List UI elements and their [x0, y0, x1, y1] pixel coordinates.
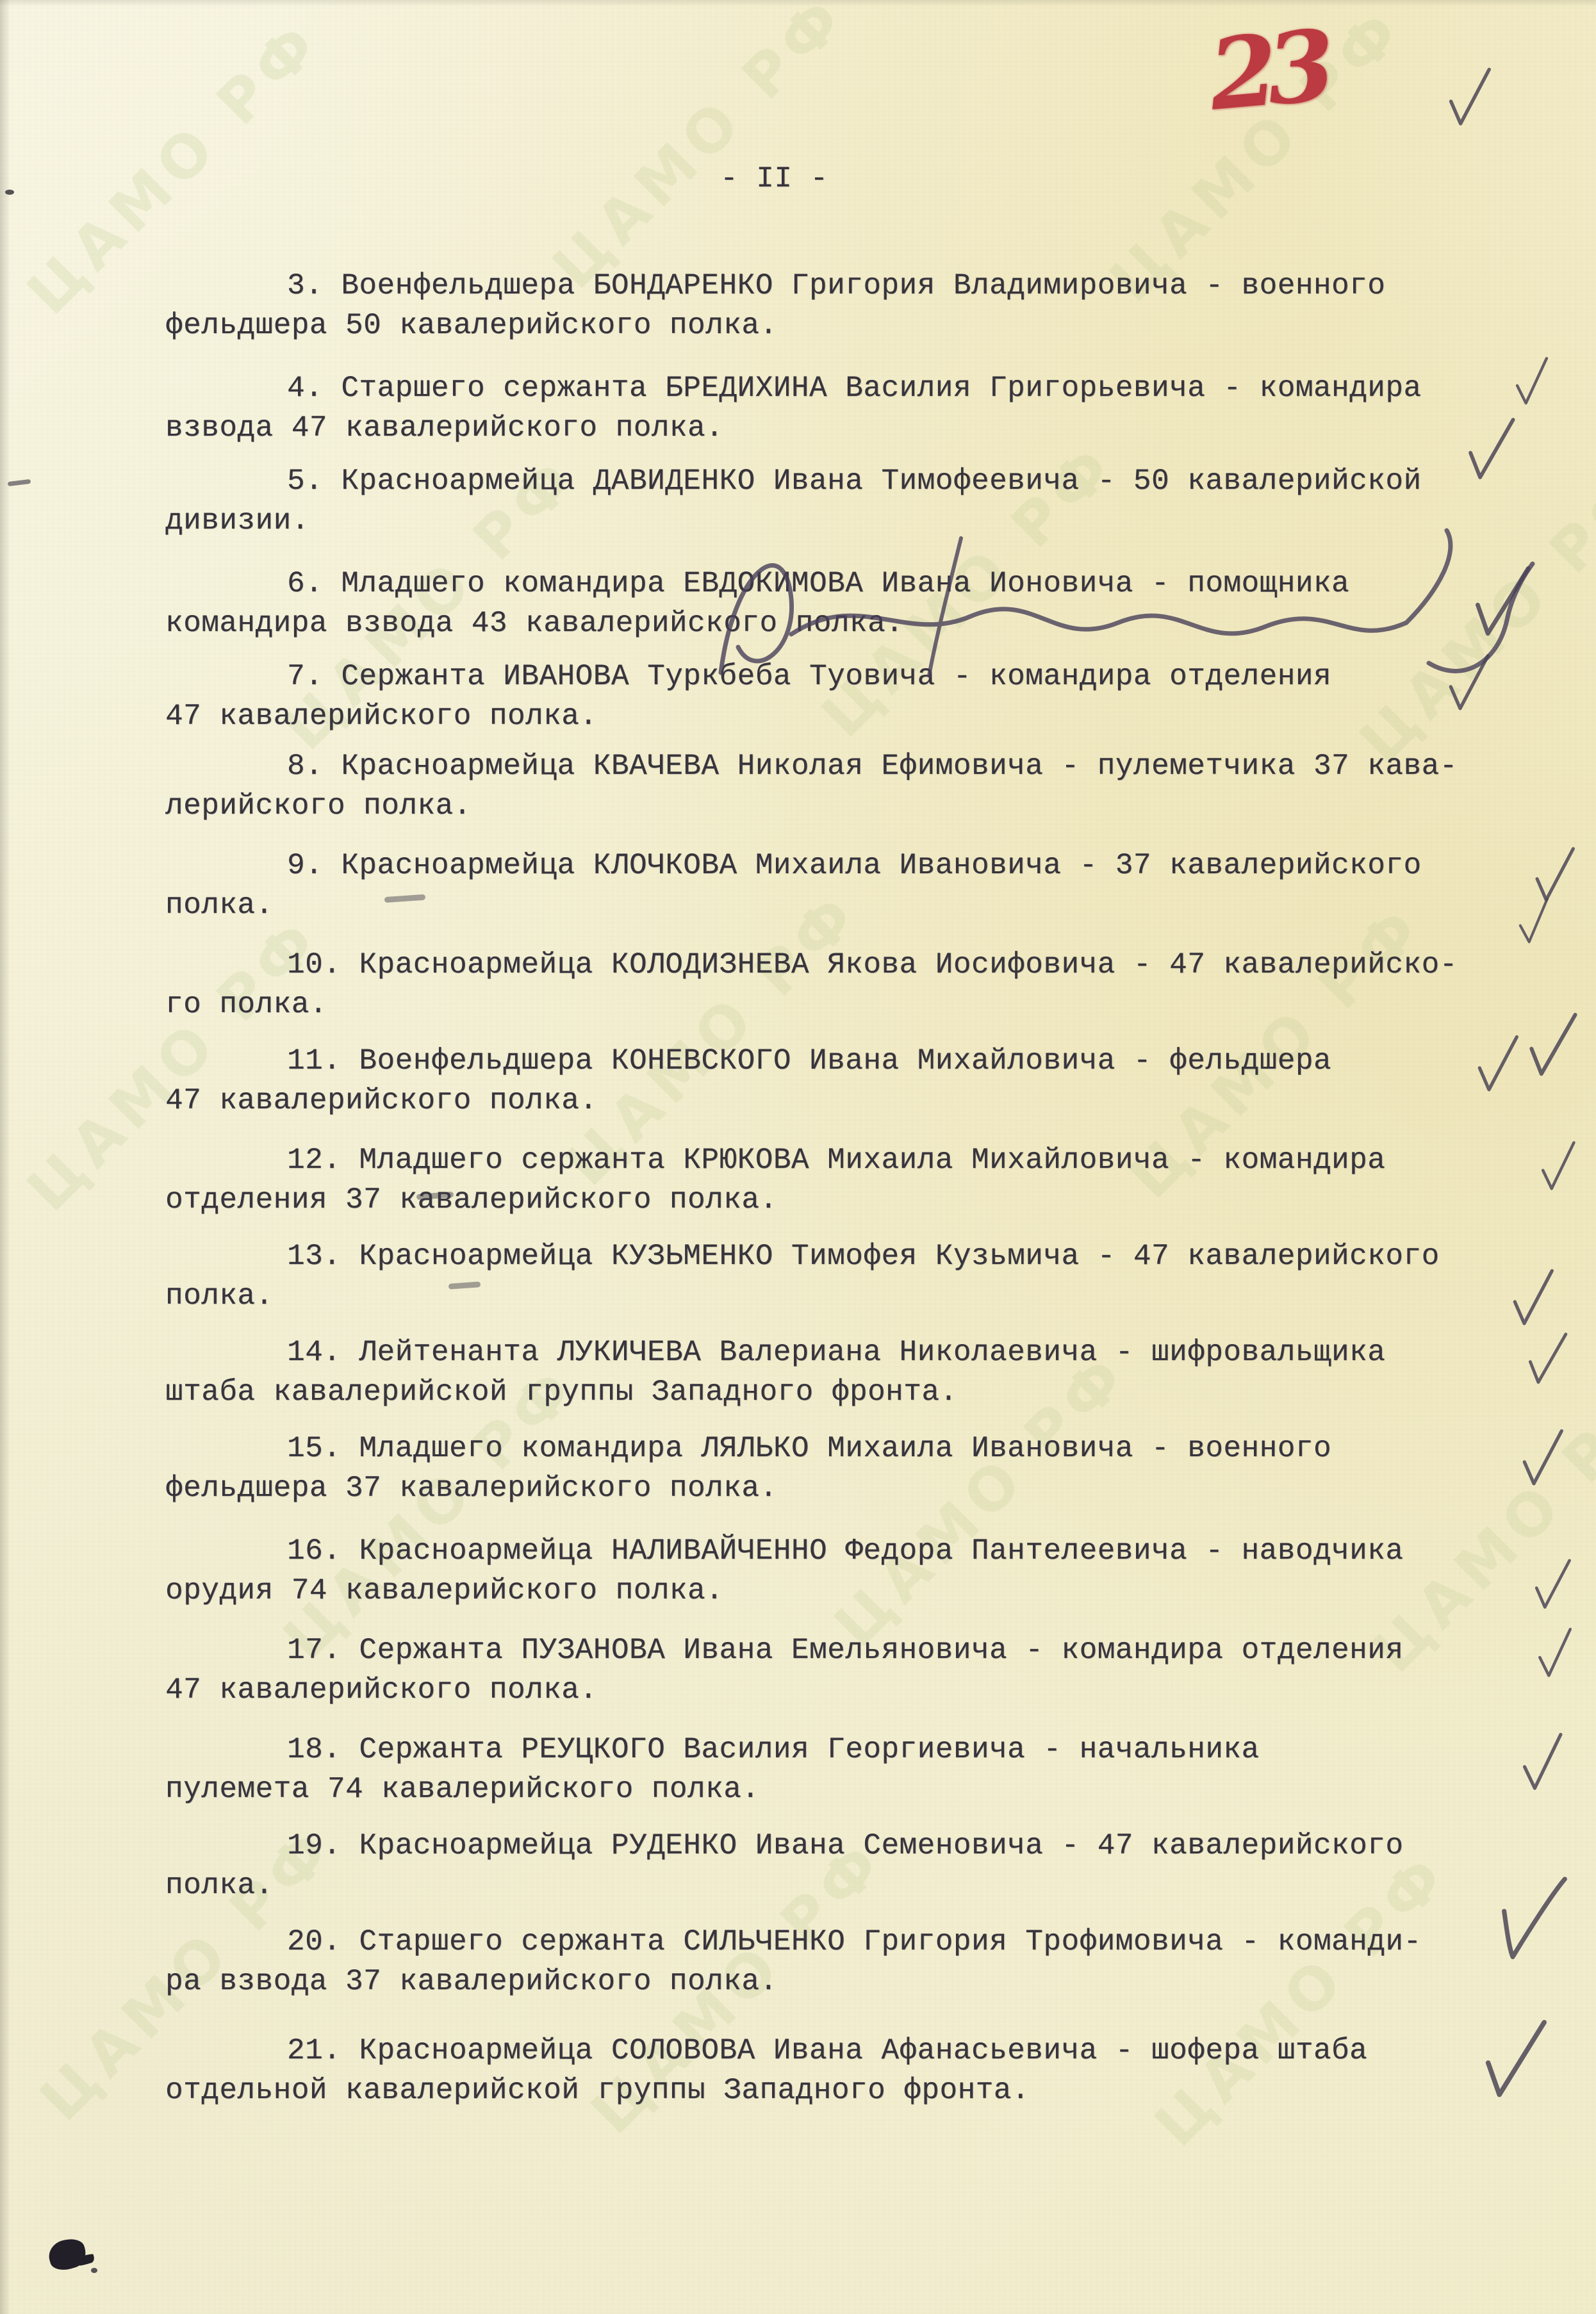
- entry-line: 47 кавалерийского полка.: [165, 696, 1549, 736]
- entry-line: 15. Младшего командира ЛЯЛЬКО Михаила Ив…: [165, 1429, 1549, 1468]
- entry-row: 14. Лейтенанта ЛУКИЧЕВА Валериана Никола…: [165, 1333, 1549, 1412]
- entry-line: ра взвода 37 кавалерийского полка.: [165, 1962, 1549, 2001]
- pencil-checkmark: [1533, 1113, 1581, 1219]
- entry-line: 8. Красноармейца КВАЧЕВА Николая Ефимови…: [165, 746, 1549, 786]
- entry-row: 11. Военфельдшера КОНЕВСКОГО Ивана Михай…: [165, 1041, 1549, 1120]
- entry-line: 18. Сержанта РЕУЦКОГО Василия Георгиевич…: [165, 1730, 1549, 1769]
- entry-line: 16. Красноармейца НАЛИВАЙЧЕННО Федора Па…: [165, 1531, 1549, 1571]
- entry-line: полка.: [165, 1866, 1549, 1905]
- entry-line: взвода 47 кавалерийского полка.: [165, 408, 1549, 448]
- entry-line: орудия 74 кавалерийского полка.: [165, 1571, 1549, 1611]
- page-header: - II -: [720, 159, 828, 199]
- entry-line: 5. Красноармейца ДАВИДЕНКО Ивана Тимофее…: [165, 461, 1549, 501]
- entry-row: 9. Красноармейца КЛОЧКОВА Михаила Иванов…: [165, 846, 1549, 925]
- entry-line: 4. Старшего сержанта БРЕДИХИНА Василия Г…: [165, 368, 1549, 408]
- entry-line: полка.: [165, 1276, 1549, 1316]
- ink-blot: [45, 2235, 89, 2274]
- margin-pencil-mark: [8, 479, 31, 486]
- entry-row: 3. Военфельдшера БОНДАРЕНКО Григория Вла…: [165, 266, 1549, 345]
- entry-line: 20. Старшего сержанта СИЛЬЧЕНКО Григория…: [165, 1922, 1549, 1962]
- entry-row: 13. Красноармейца КУЗЬМЕНКО Тимофея Кузь…: [165, 1236, 1549, 1316]
- entry-line: фельдшера 50 кавалерийского полка.: [165, 306, 1549, 345]
- entry-line: 14. Лейтенанта ЛУКИЧЕВА Валериана Никола…: [165, 1333, 1549, 1372]
- entry-row: 8. Красноармейца КВАЧЕВА Николая Ефимови…: [165, 746, 1549, 826]
- entry-line: 9. Красноармейца КЛОЧКОВА Михаила Иванов…: [165, 846, 1549, 885]
- entry-row: 10. Красноармейца КОЛОДИЗНЕВА Якова Иоси…: [165, 945, 1549, 1024]
- entry-line: пулемета 74 кавалерийского полка.: [165, 1769, 1549, 1809]
- entry-row: 12. Младшего сержанта КРЮКОВА Михаила Ми…: [165, 1140, 1549, 1220]
- entry-row: 17. Сержанта ПУЗАНОВА Ивана Емельяновича…: [165, 1630, 1549, 1710]
- entry-line: 47 кавалерийского полка.: [165, 1081, 1549, 1120]
- entry-line: 19. Красноармейца РУДЕНКО Ивана Семенови…: [165, 1826, 1549, 1866]
- entry-row: 20. Старшего сержанта СИЛЬЧЕНКО Григория…: [165, 1922, 1549, 2001]
- entry-line: 13. Красноармейца КУЗЬМЕНКО Тимофея Кузь…: [165, 1236, 1549, 1276]
- entry-line: фельдшера 37 кавалерийского полка.: [165, 1468, 1549, 1508]
- entry-row: 18. Сержанта РЕУЦКОГО Василия Георгиевич…: [165, 1730, 1549, 1809]
- entry-line: 47 кавалерийского полка.: [165, 1670, 1549, 1710]
- ink-speck: [5, 190, 14, 195]
- entry-line: 3. Военфельдшера БОНДАРЕНКО Григория Вла…: [165, 266, 1549, 306]
- entry-line: лерийского полка.: [165, 786, 1549, 826]
- handwritten-page-number: 23: [1206, 17, 1329, 124]
- entry-row: 4. Старшего сержанта БРЕДИХИНА Василия Г…: [165, 368, 1549, 448]
- pencil-checkmark: [1512, 1696, 1570, 1828]
- scanned-document-page: ЦАМО РФ ЦАМО РФ ЦАМО РФ ЦАМО РФ ЦАМО РФ …: [0, 0, 1596, 2314]
- entry-line: 17. Сержанта ПУЗАНОВА Ивана Емельяновича…: [165, 1630, 1549, 1670]
- entry-line: 11. Военфельдшера КОНЕВСКОГО Ивана Михай…: [165, 1041, 1549, 1081]
- entry-line: 10. Красноармейца КОЛОДИЗНЕВА Якова Иоси…: [165, 945, 1549, 985]
- entry-row: 21. Красноармейца СОЛОВОВА Ивана Афанась…: [165, 2031, 1549, 2110]
- entry-line: 21. Красноармейца СОЛОВОВА Ивана Афанась…: [165, 2031, 1549, 2071]
- entry-line: отделения 37 кавалерийского полка.: [165, 1180, 1549, 1220]
- pencil-checkmark: [1530, 1600, 1577, 1706]
- scan-edge-shadow: [0, 0, 10, 2314]
- entry-row: 16. Красноармейца НАЛИВАЙЧЕННО Федора Па…: [165, 1531, 1549, 1611]
- pencil-checkmark: [1440, 58, 1496, 136]
- entry-row: 15. Младшего командира ЛЯЛЬКО Михаила Ив…: [165, 1429, 1549, 1508]
- entry-line: 12. Младшего сержанта КРЮКОВА Михаила Ми…: [165, 1140, 1549, 1180]
- entry-row: 19. Красноармейца РУДЕНКО Ивана Семенови…: [165, 1826, 1549, 1905]
- entry-line: отдельной кавалерийской группы Западного…: [165, 2071, 1549, 2110]
- handwritten-scribble: [692, 513, 1538, 698]
- ink-speck: [91, 2268, 97, 2273]
- entry-line: штаба кавалерийской группы Западного фро…: [165, 1372, 1549, 1412]
- archive-watermark: ЦАМО РФ: [539, 0, 860, 302]
- pencil-checkmark: [1525, 824, 1581, 925]
- entry-line: го полка.: [165, 985, 1549, 1024]
- entry-line: полка.: [165, 885, 1549, 925]
